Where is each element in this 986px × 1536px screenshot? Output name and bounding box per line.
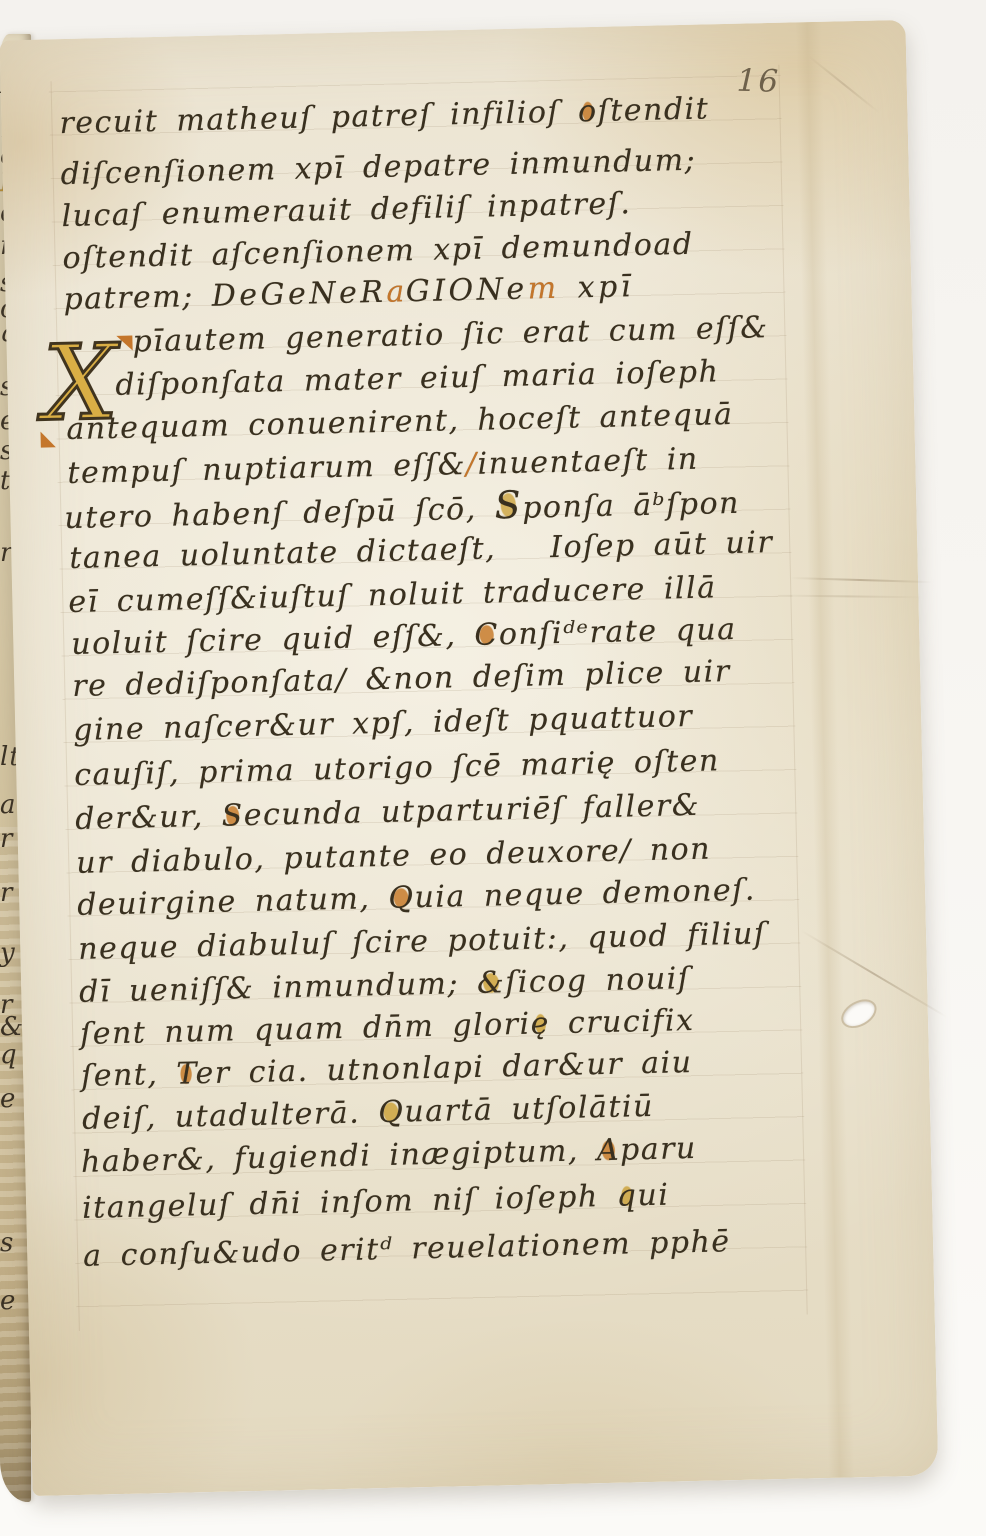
gutter-glyph: r [0,880,13,906]
text-run: ponſa āᵇſpon [522,486,740,526]
text-run: uartā utſolātiū [404,1089,654,1130]
text-run: ſent, [81,1057,177,1094]
gutter-glyph: e [0,1086,16,1112]
text-run: ſtendit [597,91,709,129]
text-line: ſent, Ter cia. utnonlapi dar&ur aiu [81,1046,693,1094]
gutter-glyph: s [0,1230,14,1256]
text-run: a conſu&udo eritᵈ reuelationem pphē [83,1224,731,1274]
text-run: a [386,274,406,309]
text-run: uoluit ſcire quid eſſ&, [71,618,475,662]
gutter-glyph: a [0,792,17,818]
text-run: uia neque demoneſ. [414,873,756,916]
text-line: gine naſcer&ur xpſ, ideſt pquattuor [73,700,694,748]
text-run: crucifix [550,1003,695,1041]
text-run: m [527,271,558,307]
text-run: gine naſcer&ur xpſ, ideſt pquattuor [73,699,694,748]
text-line: deuirgine natum, Quia neque demoneſ. [77,874,756,923]
photograph-background: RaraelNémstoqsyestrltarryr&qese 16 X rec… [0,0,986,1536]
text-line: patrem; DeGeNeRaGIONem xpī [63,270,634,317]
text-run: haber&, fugiendi inægiptum, [81,1133,598,1180]
text-line: der&ur, Secunda utparturiēſ faller& [75,789,700,837]
text-run: Q [388,880,415,916]
text-run: A [596,1133,620,1169]
text-run: lucaſ enumerauit defiliſ inpatreſ. [61,186,632,234]
text-block: recuit matheuſ patreſ infilioſ oſtenditd… [0,20,938,1496]
text-line: diſcenſionem xpī depatre inmundum; [60,144,696,192]
text-run: GIONe [405,272,528,310]
text-line: itangeluſ dn̄i inſom niſ ioſeph qui [82,1179,670,1226]
text-run: oſtendit aſcenſionem xpī demundoad [62,227,694,276]
text-line: antequam conuenirent, hoceſt antequā [66,398,734,447]
text-run: deuirgine natum, [77,881,389,923]
text-run: q [616,1178,638,1213]
text-line: tempuſ nuptiarum eſſ&/inuentaeſt in [67,443,699,491]
text-run: DeGeNeR [211,275,386,314]
text-run: eī cumeſſ&iuſtuſ noluit traducere illā [68,570,717,620]
text-line: lucaſ enumerauit defiliſ inpatreſ. [61,187,631,234]
text-run: ſicog nouiſ [505,961,691,1000]
text-run: ę [530,1006,550,1041]
text-line: a conſu&udo eritᵈ reuelationem pphē [83,1225,731,1274]
text-run: onſiᵈᵉrate qua [499,612,737,652]
text-line: re dediſponſata/ &non deſim plice uir [72,655,731,704]
text-run: tempuſ nuptiarum eſſ& [67,447,466,491]
text-run: ecunda utparturiēſ faller& [243,788,700,833]
text-run: ſent num quam dn̄m glori [80,1007,531,1052]
text-line: cauſiſ, prima utorigo ſcē marię oſten [74,744,720,793]
text-line: neque diabuluſ ſcire potuit:, quod filiu… [78,917,767,967]
text-line: diſponſata mater eiuſ maria ioſeph [115,355,720,403]
text-run: T [176,1056,196,1091]
text-line: uoluit ſcire quid eſſ&, Conſiᵈᵉrate qua [71,613,737,662]
text-run: ui [637,1178,670,1214]
text-run: dī ueniſſ& inmundum; [79,966,478,1010]
text-line: deiſ, utadulterā. Quartā utſolātiū [82,1090,654,1137]
text-run: xpī [557,269,634,306]
text-run: S [494,483,523,528]
text-run: utero habenſ deſpū ſcō, [64,491,495,536]
text-run: inuentaeſt in [477,442,699,482]
text-run: diſcenſionem xpī depatre inmundum; [60,143,696,192]
gutter-glyph: & [0,1014,24,1040]
gutter-glyph: r [0,826,13,852]
text-line: eī cumeſſ&iuſtuſ noluit traducere illā [68,571,717,620]
text-run: er cia. utnonlapi dar&ur aiu [195,1045,693,1091]
text-run: cauſiſ, prima utorigo ſcē marię oſten [74,743,720,793]
text-run: antequam conuenirent, hoceſt antequā [66,397,734,447]
text-line: oſtendit aſcenſionem xpī demundoad [62,228,694,276]
text-run: C [474,617,499,653]
text-run: & [477,965,506,1001]
text-run: ur diabulo, putante eo deuxore/ non [76,832,711,881]
text-run: paru [620,1131,698,1168]
text-run: o [578,94,598,129]
text-run: der&ur, [75,799,222,837]
gutter-glyph: e [0,1288,16,1314]
gutter-glyph: q [0,1042,18,1068]
text-run: patrem; [63,279,212,317]
text-run: deiſ, utadulterā. [82,1095,379,1137]
text-line: recuit matheuſ patreſ infilioſ oſtendit [59,92,709,141]
text-line: haber&, fugiendi inægiptum, Aparu [81,1132,697,1180]
text-run: recuit matheuſ patreſ infilioſ [59,94,578,141]
text-run: Q [378,1095,405,1131]
text-run: itangeluſ dn̄i inſom niſ ioſeph [82,1179,617,1226]
text-line: pīautem generatio ſic erat cum eſſ& [132,311,769,359]
text-run: S [221,798,244,833]
text-run: diſponſata mater eiuſ maria ioſeph [115,354,720,403]
text-line: dī ueniſſ& inmundum; &ſicog nouiſ [79,962,691,1010]
text-run: neque diabuluſ ſcire potuit:, quod filiu… [78,916,767,967]
manuscript-page: 16 X recuit matheuſ patreſ infilioſ oſte… [0,20,938,1496]
text-run: pīautem generatio ſic erat cum eſſ& [132,310,769,359]
text-line: ur diabulo, putante eo deuxore/ non [76,833,711,881]
text-run: re dediſponſata/ &non deſim plice uir [72,654,731,704]
text-line: ſent num quam dn̄m glorię crucifix [80,1004,695,1052]
gutter-glyph: y [0,940,16,966]
